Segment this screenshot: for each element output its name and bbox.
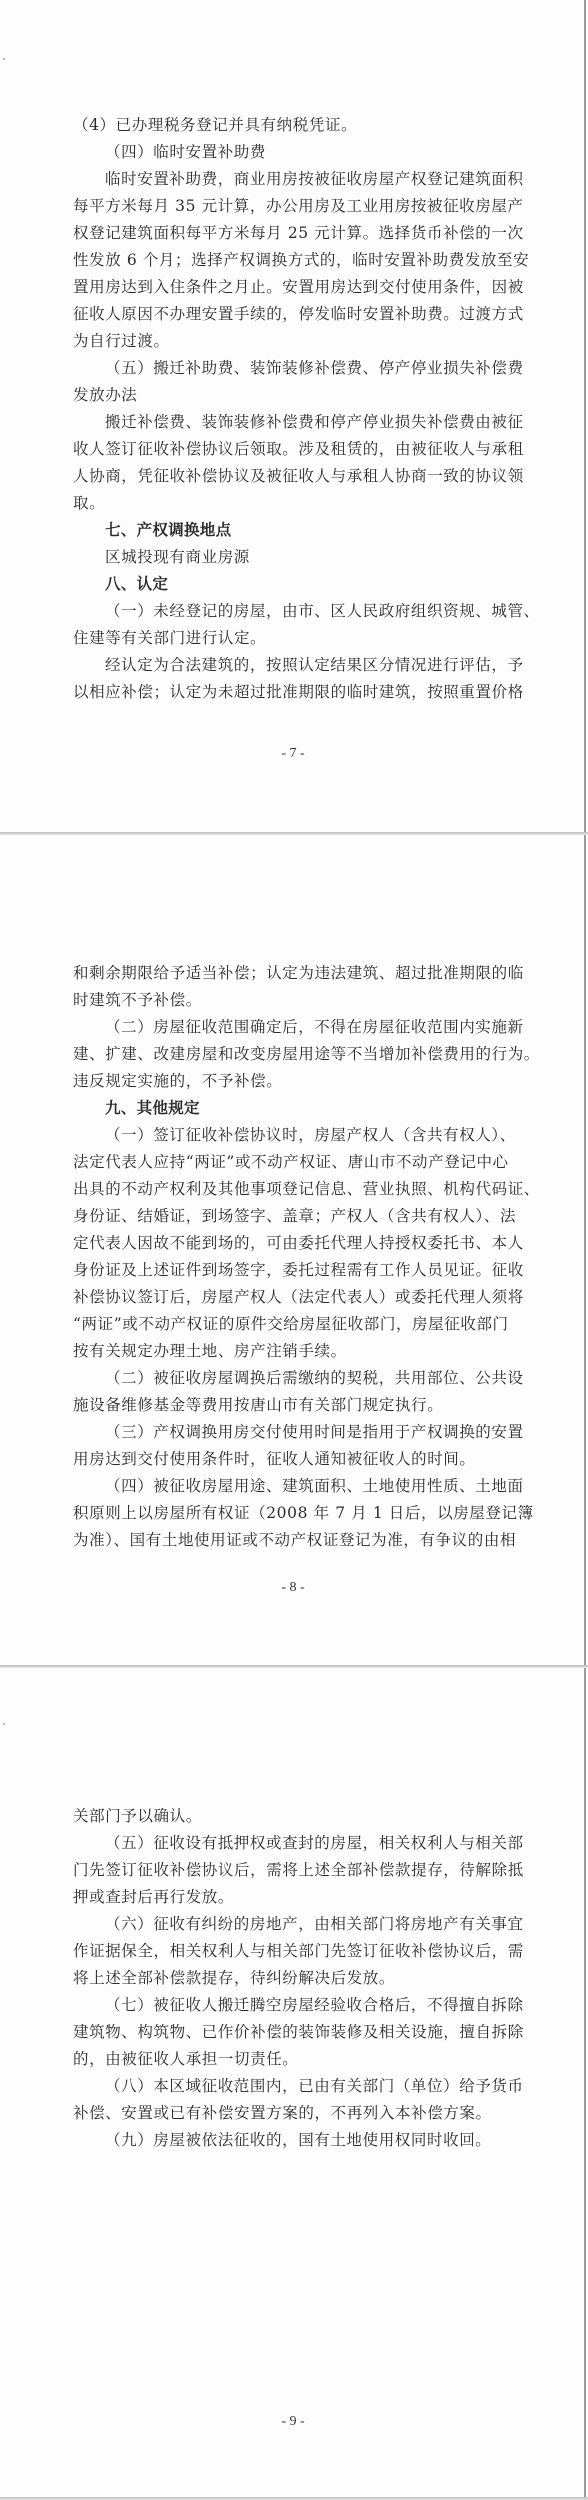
text-line: （七）被征收人搬迁腾空房屋经验收合格后，不得擅自拆除 [73, 1992, 507, 2019]
text-line: 置用房达到入住条件之月止。安置用房达到交付使用条件，因被 [73, 274, 507, 301]
text-line: 违反规定实施的，不予补偿。 [73, 1068, 507, 1095]
text-line: 押或查封后再行发放。 [73, 1884, 507, 1911]
section-subheading: （五）搬迁补助费、装饰装修补偿费、停产停业损失补偿费 [73, 355, 507, 382]
text-line: （一）签订征收补偿协议时，房屋产权人（含共有权人）、 [73, 1122, 507, 1149]
page-body: 关部门予以确认。 （五）征收设有抵押权或查封的房屋，相关权利人与相关部 门先签订… [73, 1803, 507, 2154]
text-line: 的，由被征收人承担一切责任。 [73, 2046, 507, 2073]
text-line: 用房达到交付使用条件时，征收人通知被征收人的时间。 [73, 1446, 507, 1473]
text-line: 权登记建筑面积每平方米每月 25 元计算。选择货币补偿的一次 [73, 220, 507, 247]
text-line: 取。 [73, 490, 507, 517]
text-line: 时建筑不予补偿。 [73, 987, 507, 1014]
text-line: 收人签订征收补偿协议后领取。涉及租赁的，由被征收人与承租 [73, 436, 507, 463]
document-page-8: 和剩余期限给予适当补偿；认定为违法建筑、超过批准期限的临 时建筑不予补偿。 （二… [0, 835, 586, 1667]
text-line: 施设备维修基金等费用按唐山市有关部门规定执行。 [73, 1392, 507, 1419]
text-line: （八）本区域征收范围内，已由有关部门（单位）给予货币 [73, 2073, 507, 2100]
section-heading: 九、其他规定 [73, 1095, 507, 1122]
text-line: 为准）、国有土地使用证或不动产权证登记为准，有争议的由相 [73, 1527, 507, 1554]
text-line: 人协商，凭征收补偿协议及被征收人与承租人协商一致的协议领 [73, 463, 507, 490]
text-line: （4）已办理税务登记并具有纳税凭证。 [73, 112, 507, 139]
text-line: （二）房屋征收范围确定后，不得在房屋征收范围内实施新 [73, 1014, 507, 1041]
text-line: 住建等有关部门进行认定。 [73, 625, 507, 652]
text-line: 征收人原因不办理安置手续的，停发临时安置补助费。过渡方式 [73, 301, 507, 328]
text-line: “两证”或不动产权证的原件交给房屋征收部门，房屋征收部门 [73, 1311, 507, 1338]
text-line: （六）征收有纠纷的房地产，由相关部门将房地产有关事宜 [73, 1911, 507, 1938]
text-line: 临时安置补助费，商业用房按被征收房屋产权登记建筑面积 [73, 166, 507, 193]
section-heading: 八、认定 [73, 571, 507, 598]
page-number: - 7 - [0, 746, 586, 762]
page-body: 和剩余期限给予适当补偿；认定为违法建筑、超过批准期限的临 时建筑不予补偿。 （二… [73, 960, 507, 1554]
text-line: 每平方米每月 35 元计算，办公用房及工业用房按被征收房屋产 [73, 193, 507, 220]
text-line: （一）未经登记的房屋，由市、区人民政府组织资规、城管、 [73, 598, 507, 625]
page-number: - 8 - [0, 1580, 586, 1596]
text-line: 身份证、结婚证，到场签字、盖章；产权人（含共有权人）、法 [73, 1203, 507, 1230]
text-line: 法定代表人应持“两证”或不动产权证、唐山市不动产登记中心 [73, 1149, 507, 1176]
text-line: 补偿、安置或已有补偿安置方案的，不再列入本补偿方案。 [73, 2100, 507, 2127]
text-line: 为自行过渡。 [73, 328, 507, 355]
text-line: 区城投现有商业房源 [73, 544, 507, 571]
text-line: 性发放 6 个月；选择产权调换方式的，临时安置补助费发放至安 [73, 247, 507, 274]
section-heading: 七、产权调换地点 [73, 517, 507, 544]
text-line: 定代表人因故不能到场的，可由委托代理人持授权委托书、本人 [73, 1230, 507, 1257]
section-subheading: 发放办法 [73, 382, 507, 409]
text-line: 建、扩建、改建房屋和改变房屋用途等不当增加补偿费用的行为。 [73, 1041, 507, 1068]
document-page-9: 关部门予以确认。 （五）征收设有抵押权或查封的房屋，相关权利人与相关部 门先签订… [0, 1668, 586, 2500]
scan-speck [3, 58, 5, 60]
text-line: 补偿协议签订后，房屋产权人（法定代表人）或委托代理人须将 [73, 1284, 507, 1311]
text-line: 经认定为合法建筑的，按照认定结果区分情况进行评估，予 [73, 652, 507, 679]
text-line: 以相应补偿；认定为未超过批准期限的临时建筑，按照重置价格 [73, 679, 507, 706]
section-subheading: （四）临时安置补助费 [73, 139, 507, 166]
text-line: 按有关规定办理土地、房产注销手续。 [73, 1338, 507, 1365]
text-line: 出具的不动产权利及其他事项登记信息、营业执照、机构代码证、 [73, 1176, 507, 1203]
text-line: （五）征收设有抵押权或查封的房屋，相关权利人与相关部 [73, 1830, 507, 1857]
text-line: （三）产权调换用房交付使用时间是指用于产权调换的安置 [73, 1419, 507, 1446]
scan-speck [3, 1723, 5, 1725]
text-line: 门先签订征收补偿协议后，需将上述全部补偿款提存，待解除抵 [73, 1857, 507, 1884]
text-line: 将上述全部补偿款提存，待纠纷解决后发放。 [73, 1965, 507, 1992]
text-line: 搬迁补偿费、装饰装修补偿费和停产停业损失补偿费由被征 [73, 409, 507, 436]
text-line: 身份证及上述证件到场签字，委托过程需有工作人员见证。征收 [73, 1257, 507, 1284]
text-line: 建筑物、构筑物、已作价补偿的装饰装修及相关设施，擅自拆除 [73, 2019, 507, 2046]
text-line: 关部门予以确认。 [73, 1803, 507, 1830]
text-line: 和剩余期限给予适当补偿；认定为违法建筑、超过批准期限的临 [73, 960, 507, 987]
page-body: （4）已办理税务登记并具有纳税凭证。 （四）临时安置补助费 临时安置补助费，商业… [73, 112, 507, 706]
text-line: 积原则上以房屋所有权证（2008 年 7 月 1 日后，以房屋登记簿 [73, 1500, 507, 1527]
document-page-7: （4）已办理税务登记并具有纳税凭证。 （四）临时安置补助费 临时安置补助费，商业… [0, 0, 586, 832]
text-line: （四）被征收房屋用途、建筑面积、土地使用性质、土地面 [73, 1473, 507, 1500]
text-line: （九）房屋被依法征收的，国有土地使用权同时收回。 [73, 2127, 507, 2154]
page-number: - 9 - [0, 2414, 586, 2430]
text-line: （二）被征收房屋调换后需缴纳的契税，共用部位、公共设 [73, 1365, 507, 1392]
text-line: 作证据保全，相关权利人与相关部门先签订征收补偿协议后，需 [73, 1938, 507, 1965]
